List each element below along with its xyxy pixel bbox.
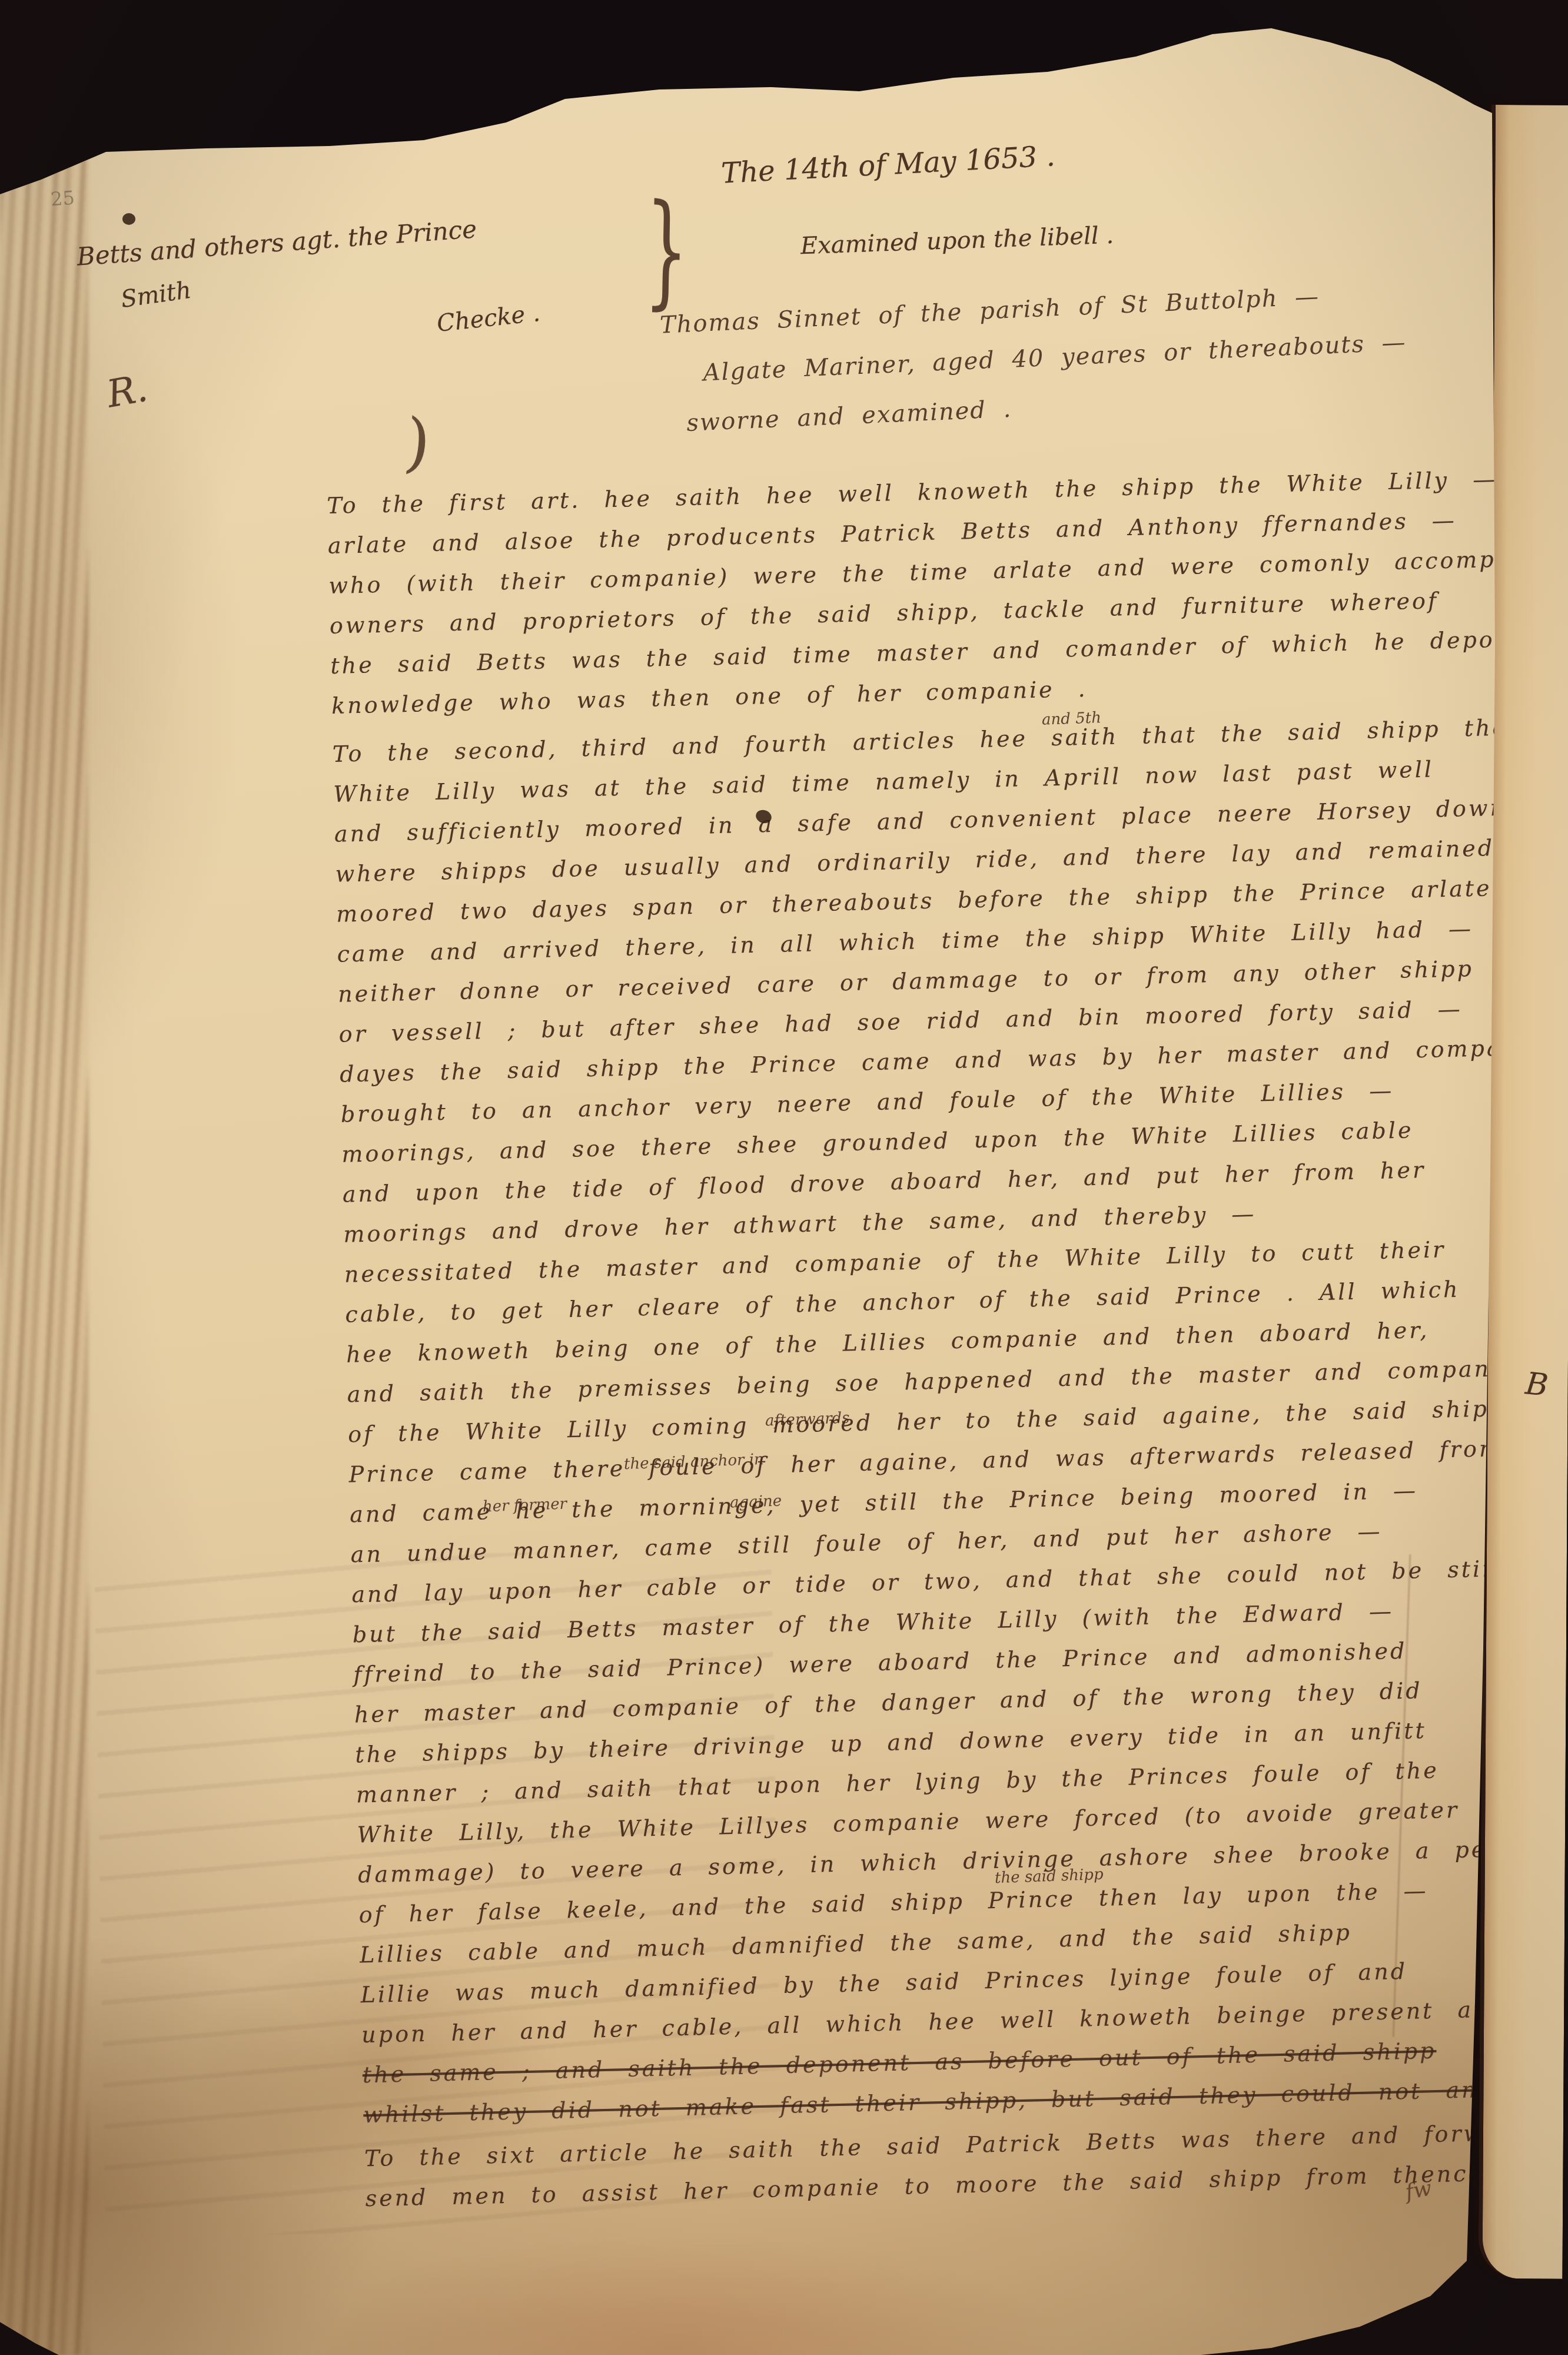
deposition-paragraph: To the first art. hee saith hee well kno…	[327, 464, 1568, 733]
interlinear-insertion: her former	[483, 1495, 567, 1516]
deposition-paragraph: To the second, third and fourth articles…	[332, 712, 1568, 2142]
interlinear-insertion: and 5th	[1042, 709, 1102, 729]
ink-blot	[122, 213, 135, 225]
pencil-folio-number: 25	[50, 187, 75, 211]
witness-heading-block: Thomas Sinnet of the parish of St Buttol…	[659, 280, 1410, 460]
case-note-proctor: Smith	[119, 277, 192, 313]
interlinear-insertion: afterwards	[765, 1409, 851, 1430]
case-note-brace: }	[643, 177, 689, 324]
header-date-line: The 14th of May 1653 .	[720, 140, 1056, 190]
case-note-subtitle: Checke .	[436, 300, 542, 337]
stray-pen-stroke: )	[401, 404, 434, 482]
facing-page-mark: B	[1524, 1366, 1550, 1404]
margin-initial: R.	[104, 367, 151, 417]
interlinear-insertion: againe	[730, 1492, 782, 1511]
torn-deckle-edge	[0, 159, 88, 2355]
deposition-body: To the first art. hee saith hee well kno…	[327, 464, 1568, 2226]
interlinear-insertion: the said shipp	[995, 1866, 1104, 1887]
manuscript-photo: B 25 The 14th of May 1653 . Examined upo…	[0, 0, 1568, 2355]
manuscript-page: 25 The 14th of May 1653 . Examined upon …	[0, 0, 1568, 2355]
case-note-title: Betts and others agt. the Prince	[76, 214, 477, 271]
header-examined-line: Examined upon the libell .	[800, 222, 1114, 260]
